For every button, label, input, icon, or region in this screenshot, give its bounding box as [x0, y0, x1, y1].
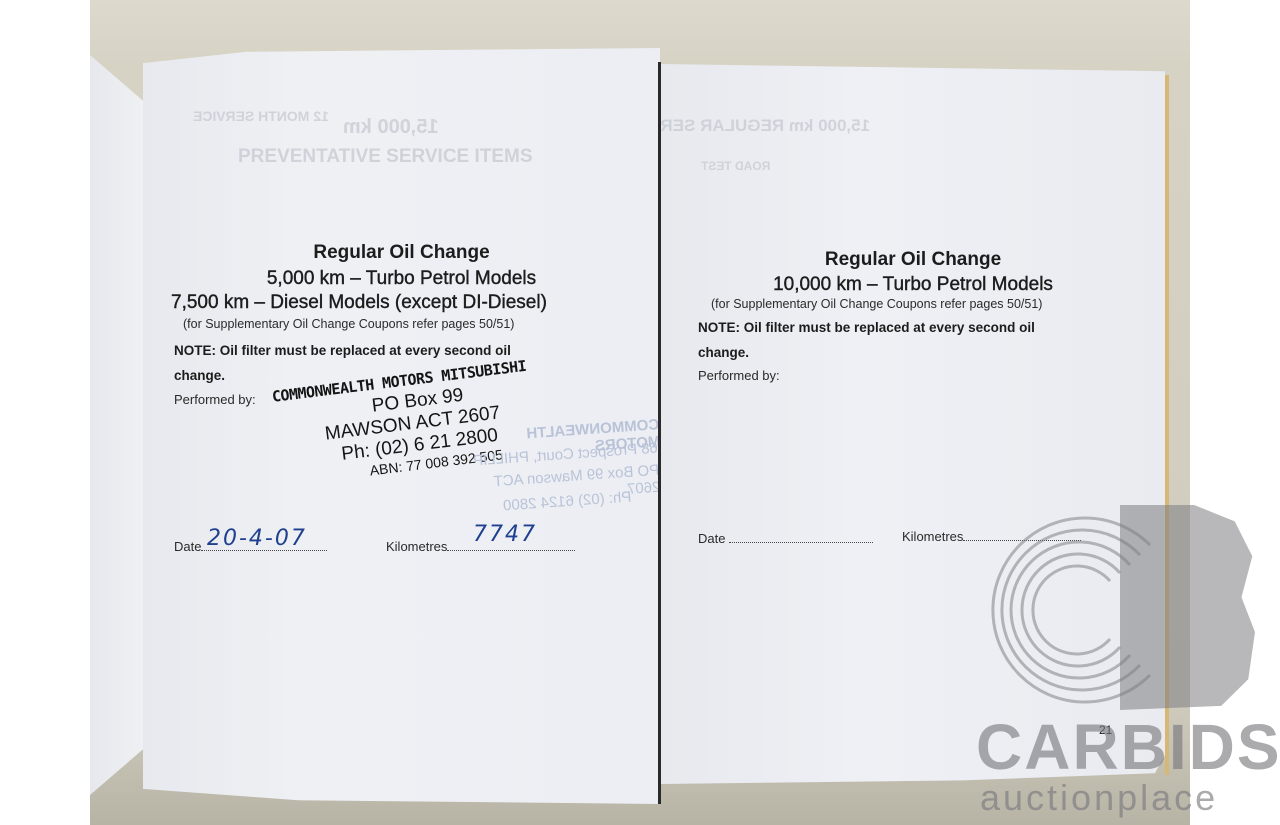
km-label: Kilometres	[386, 539, 447, 554]
handwritten-kilometres: 7747	[473, 522, 537, 547]
left-filter-note-cont: change.	[174, 368, 225, 383]
carbids-logo: CARBIDS auctionplace	[980, 505, 1260, 825]
handwritten-date: 20-4-07	[207, 526, 307, 551]
watermark-sub: auctionplace	[980, 777, 1218, 819]
right-title: Regular Oil Change	[661, 249, 1165, 271]
right-interval-petrol: 10,000 km – Turbo Petrol Models	[661, 274, 1165, 296]
date-label: Date	[174, 539, 201, 554]
left-interval-diesel: 7,500 km – Diesel Models (except DI-Dies…	[171, 292, 547, 314]
right-coupon-note: (for Supplementary Oil Change Coupons re…	[711, 297, 1042, 311]
left-performed-by-label: Performed by:	[174, 392, 256, 407]
left-title: Regular Oil Change	[143, 242, 660, 264]
right-performed-by-label: Performed by:	[698, 368, 780, 383]
bleed-text: 15,000 km	[343, 116, 439, 139]
book-back-cover	[90, 55, 150, 795]
right-filter-note-cont: change.	[698, 345, 749, 360]
date-label: Date	[698, 531, 725, 546]
left-interval-petrol: 5,000 km – Turbo Petrol Models	[143, 268, 660, 290]
right-filter-note: NOTE: Oil filter must be replaced at eve…	[698, 320, 1035, 335]
left-filter-note: NOTE: Oil filter must be replaced at eve…	[174, 343, 511, 358]
book-spine	[658, 62, 661, 804]
dealer-stamp: COMMONWEALTH MOTORS MITSUBISHI PO Box 99…	[271, 357, 537, 489]
watermark-brand: CARBIDS	[976, 710, 1280, 784]
left-page: 12 MONTH SERVICE 15,000 km PREVENTATIVE …	[143, 48, 660, 804]
bleed-text: ROAD TEST	[701, 159, 770, 173]
bleed-text: 12 MONTH SERVICE	[193, 108, 329, 124]
km-label: Kilometres	[902, 529, 963, 544]
left-coupon-note: (for Supplementary Oil Change Coupons re…	[183, 317, 514, 331]
logo-b-shape	[1120, 505, 1255, 710]
bleed-text: PREVENTATIVE SERVICE ITEMS	[238, 146, 533, 168]
right-date-field[interactable]: Date	[698, 530, 873, 546]
